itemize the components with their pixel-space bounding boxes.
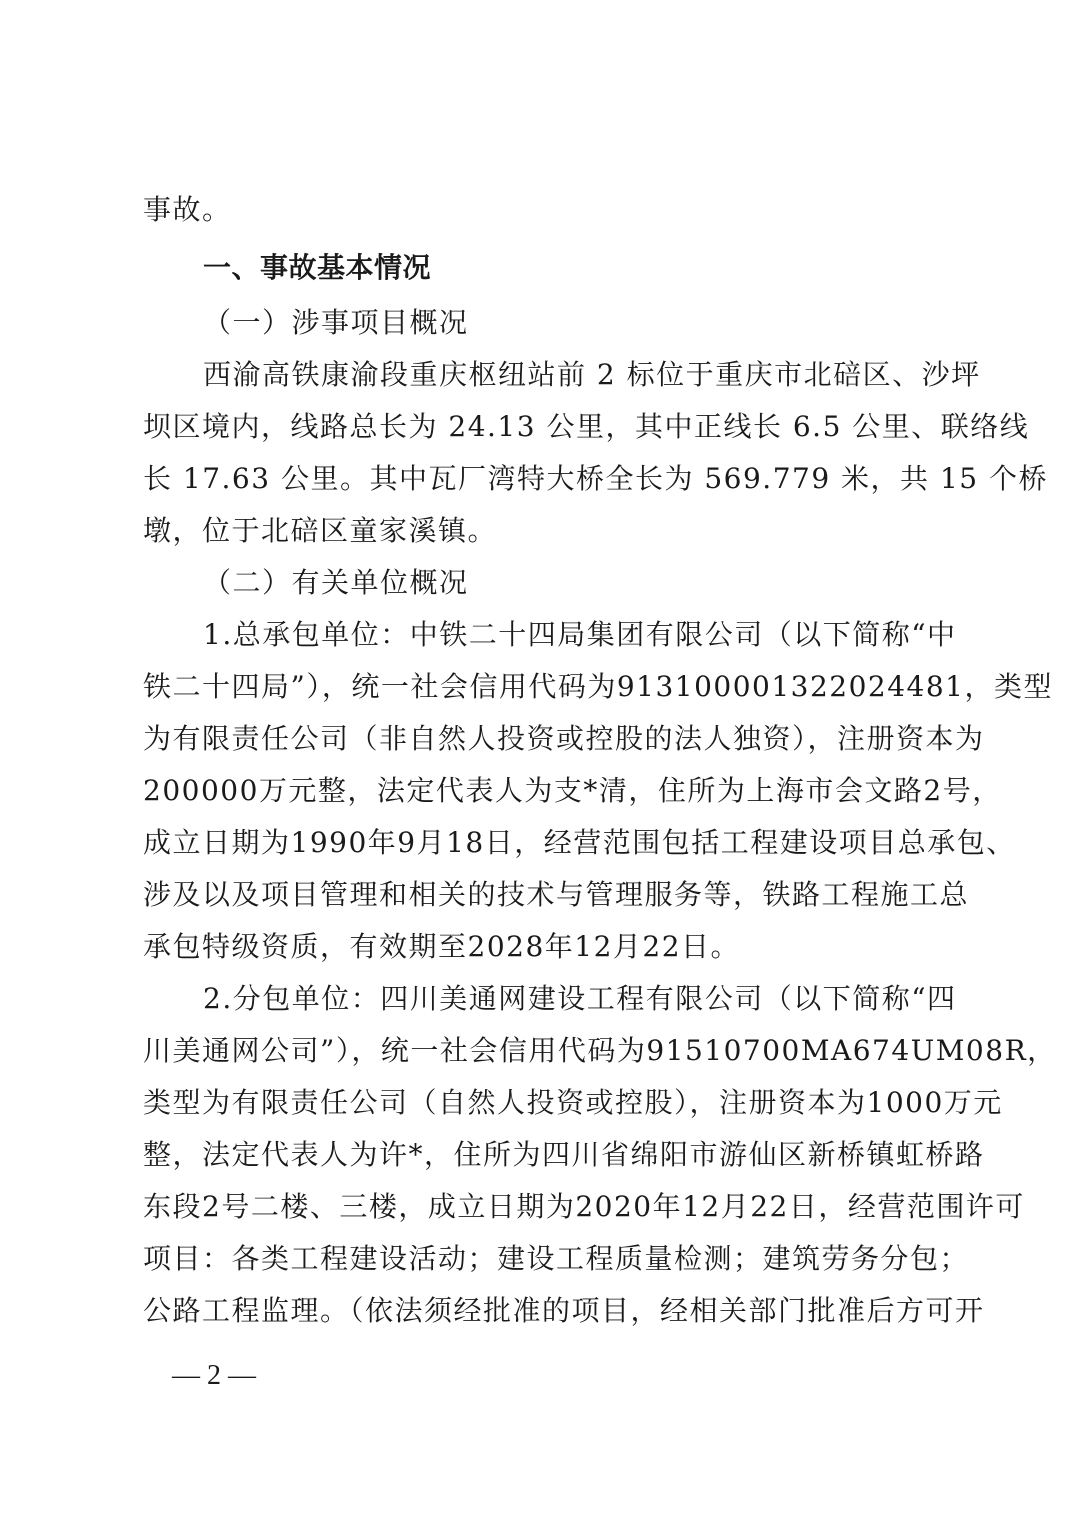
continuation-text: 事故。: [143, 190, 232, 230]
paragraph-line: 类型为有限责任公司（自然人投资或控股），注册资本为1000万元: [143, 1083, 943, 1123]
paragraph-line: 涉及以及项目管理和相关的技术与管理服务等，铁路工程施工总: [143, 875, 943, 915]
paragraph-line: 公路工程监理。（依法须经批准的项目，经相关部门批准后方可开: [143, 1291, 943, 1331]
paragraph-line: 铁二十四局”），统一社会信用代码为913100001322024481，类型: [143, 667, 943, 707]
subsection-title-project-overview: （一）涉事项目概况: [203, 303, 469, 343]
paragraph-line: 川美通网公司”），统一社会信用代码为91510700MA674UM08R，: [143, 1031, 943, 1071]
paragraph-line: 坝区境内，线路总长为 24.13 公里，其中正线长 6.5 公里、联络线: [143, 407, 943, 447]
subsection-title-units-overview: （二）有关单位概况: [203, 563, 469, 603]
paragraph-line: 项目：各类工程建设活动；建设工程质量检测；建筑劳务分包；: [143, 1239, 943, 1279]
paragraph-line: 整，法定代表人为许*，住所为四川省绵阳市游仙区新桥镇虹桥路: [143, 1135, 943, 1175]
paragraph-line: 200000万元整，法定代表人为支*清，住所为上海市会文路2号，: [143, 771, 943, 811]
paragraph-line: 成立日期为1990年9月18日，经营范围包括工程建设项目总承包、: [143, 823, 943, 863]
paragraph-line: 长 17.63 公里。其中瓦厂湾特大桥全长为 569.779 米，共 15 个桥: [143, 459, 943, 499]
paragraph-line: 承包特级资质，有效期至2028年12月22日。: [143, 927, 740, 967]
section-title-basic-info: 一、事故基本情况: [203, 248, 431, 288]
page-number: — 2 —: [172, 1358, 256, 1394]
paragraph-line: 为有限责任公司（非自然人投资或控股的法人独资），注册资本为: [143, 719, 943, 759]
paragraph-line: 墩，位于北碚区童家溪镇。: [143, 511, 497, 551]
paragraph-line: 东段2号二楼、三楼，成立日期为2020年12月22日，经营范围许可: [143, 1187, 943, 1227]
paragraph-line: 2.分包单位：四川美通网建设工程有限公司（以下简称“四: [203, 979, 943, 1019]
paragraph-line: 西渝高铁康渝段重庆枢纽站前 2 标位于重庆市北碚区、沙坪: [203, 355, 943, 395]
paragraph-line: 1.总承包单位：中铁二十四局集团有限公司（以下简称“中: [203, 615, 943, 655]
